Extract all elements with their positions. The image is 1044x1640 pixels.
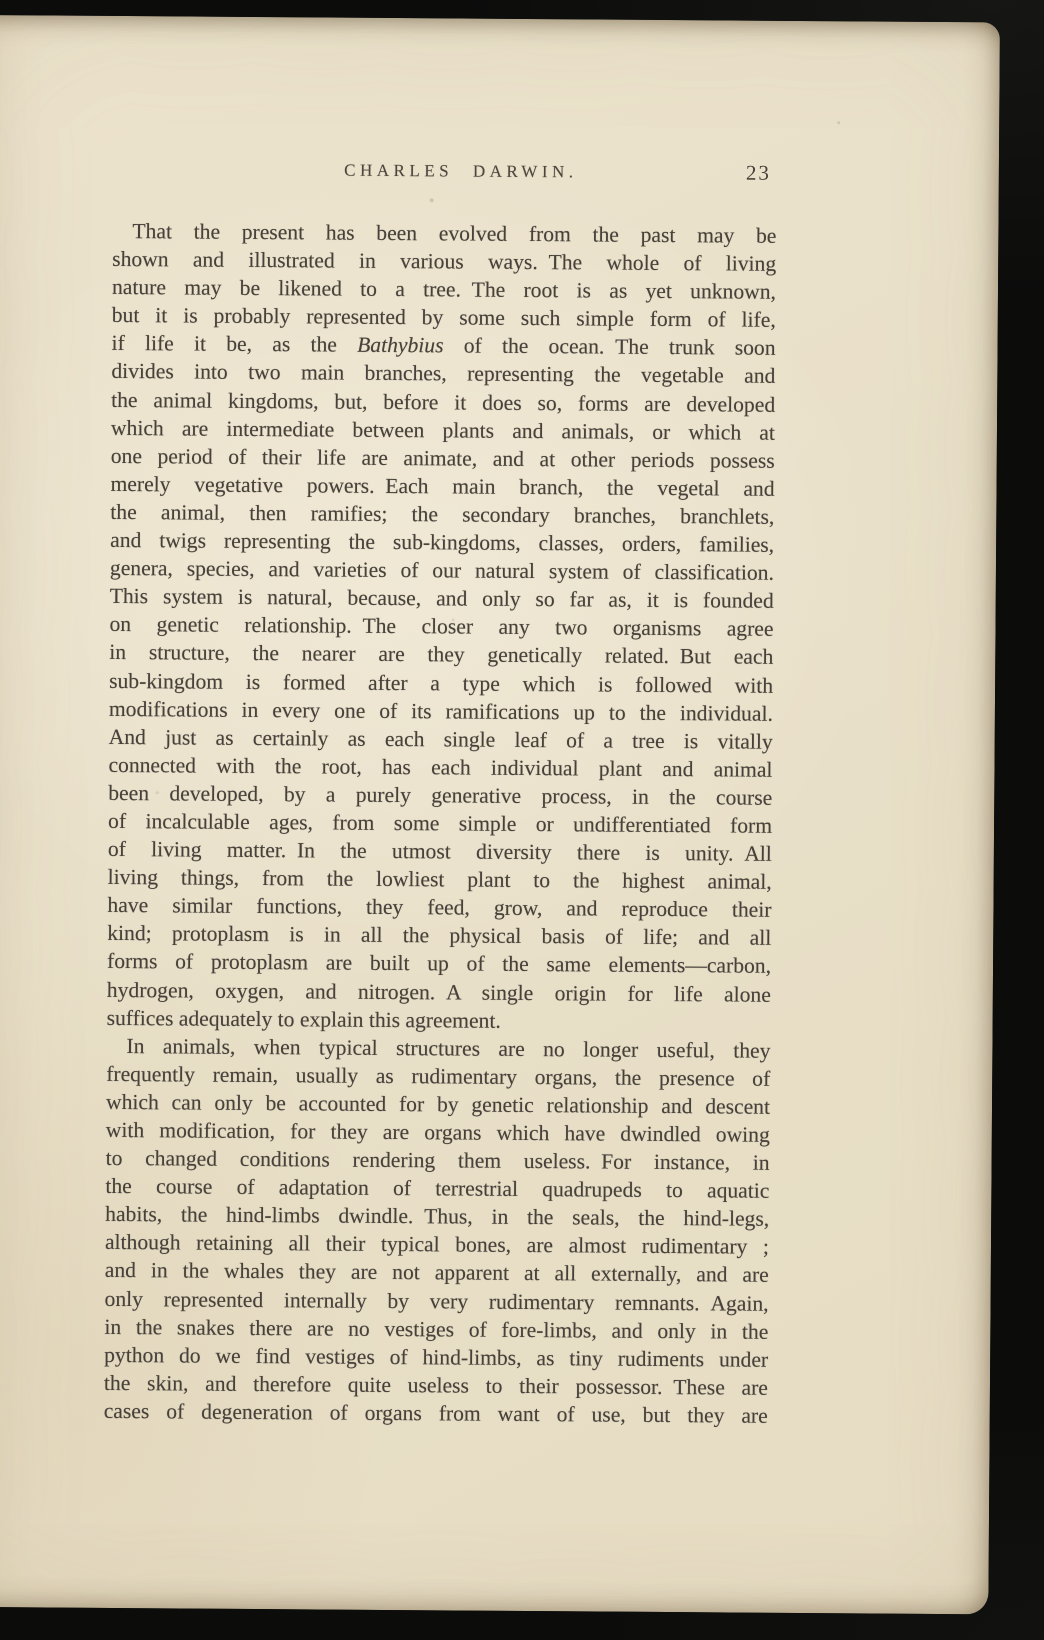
text-line-p1-8: which are intermediate between plants an…	[111, 414, 775, 447]
body-text-block: That the present has been evolved from t…	[104, 217, 777, 1430]
paper-speck	[837, 121, 840, 124]
text-line-p2-10: only represented internally by very rudi…	[104, 1284, 768, 1317]
text-line-p2-14: cases of degeneration of organs from wan…	[104, 1397, 768, 1430]
running-header-title: CHARLES DARWIN.	[129, 159, 793, 184]
book-page: CHARLES DARWIN. 23 That the present has …	[0, 15, 1000, 1614]
text-line-p1-29: suffices adequately to explain this agre…	[107, 1004, 771, 1037]
text-line-p2-9: and in the whales they are not apparent …	[105, 1256, 769, 1289]
page-content: CHARLES DARWIN. 23 That the present has …	[102, 16, 778, 1613]
text-line-p1-27: forms of protoplasm are built up of the …	[107, 947, 771, 980]
text-line-p1-19: And just as certainly as each single lea…	[109, 723, 773, 756]
text-line-p1-28: hydrogen, oxygen, and nitrogen. A single…	[107, 975, 771, 1008]
page-header: CHARLES DARWIN. 23	[113, 159, 777, 190]
scanner-background: { "colors": { "paper": "#e9e0c9", "ink":…	[0, 0, 1044, 1640]
text-line-p1-7: the animal kingdoms, but, before it does…	[111, 385, 775, 418]
text-line-p1-17: sub-kingdom is formed after a type which…	[109, 666, 773, 699]
text-line-p1-16: in structure, the nearer are they geneti…	[109, 638, 773, 671]
page-number: 23	[746, 161, 771, 186]
text-line-p1-18: modifications in every one of its ramifi…	[109, 695, 773, 728]
text-line-p2-11: in the snakes there are no vestiges of f…	[104, 1313, 768, 1346]
text-line-p1-6: divides into two main branches, represen…	[111, 357, 775, 390]
